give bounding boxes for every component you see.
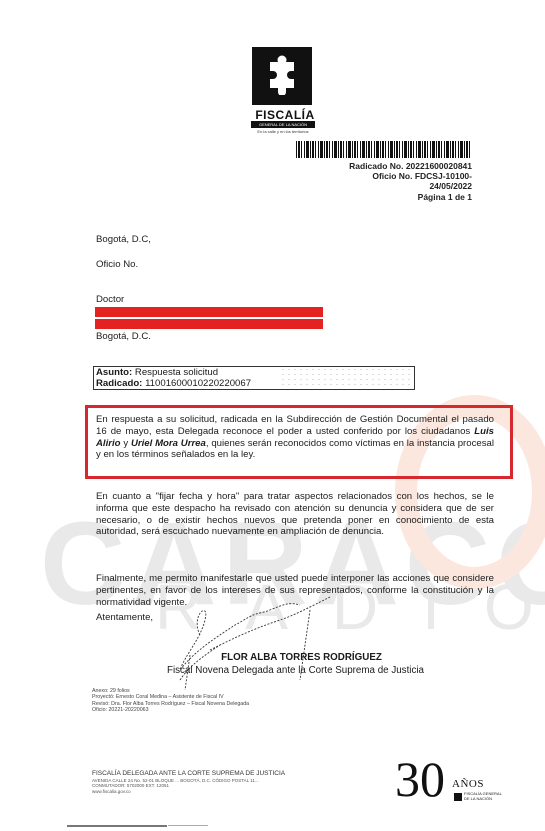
- fiscalia-logo: [252, 47, 312, 105]
- anniversary-word: AÑOS: [452, 778, 484, 790]
- institution-name: FISCALÍA: [240, 108, 330, 122]
- institution-tagline: En la calle y en los territorios: [247, 129, 319, 134]
- anniversary-logo-text: FISCALÍA GENERAL DE LA NACIÓN: [464, 792, 504, 801]
- redacted-recipient-address: [95, 319, 323, 329]
- signer-role: Fiscal Novena Delegada ante la Corte Sup…: [0, 665, 545, 676]
- radicado-label: Radicado:: [96, 378, 142, 389]
- subject-value: Respuesta solicitud: [135, 367, 218, 378]
- oficio-number: Oficio No. FDCSJ-10100-: [372, 171, 472, 181]
- annotation-oficio: Oficio: 20221-20220063: [92, 707, 249, 713]
- radicado-value: 11001600010220220067: [145, 378, 251, 389]
- subject-block: Asunto: Respuesta solicitud Radicado: 11…: [93, 366, 411, 390]
- footer-rule: [67, 825, 167, 827]
- paragraph-1-conj: y: [121, 438, 131, 449]
- footer-website: www.fiscalia.gov.co: [92, 789, 285, 795]
- city-date: Bogotá, D.C,: [96, 234, 151, 245]
- client-name-2: Uriel Mora Urrea: [131, 438, 206, 449]
- barcode: [296, 141, 472, 158]
- paragraph-1-text: En respuesta a su solicitud, radicada en…: [96, 414, 494, 437]
- annotations: Anexo: 29 folios Proyectó: Ernesto Coral…: [92, 688, 249, 714]
- oficio-label: Oficio No.: [96, 259, 138, 270]
- paragraph-2: En cuanto a "fijar fecha y hora" para tr…: [96, 491, 494, 538]
- page-count: Página 1 de 1: [418, 192, 472, 202]
- radicado-number: Radicado No. 20221600020841: [349, 161, 472, 171]
- recipient-city: Bogotá, D.C.: [96, 331, 151, 342]
- paragraph-1: En respuesta a su solicitud, radicada en…: [96, 414, 494, 461]
- redacted-recipient-name: [95, 307, 323, 317]
- puzzle-piece-icon: [266, 55, 298, 95]
- subject-bracket: [408, 366, 415, 390]
- salutation: Doctor: [96, 294, 124, 305]
- footer-block: FISCALÍA DELEGADA ANTE LA CORTE SUPREMA …: [92, 771, 285, 794]
- closing: Atentamente,: [96, 612, 153, 623]
- footer-rule-dotted: [168, 825, 208, 826]
- subject-label: Asunto:: [96, 367, 132, 378]
- footer-title: FISCALÍA DELEGADA ANTE LA CORTE SUPREMA …: [92, 771, 285, 778]
- letter-page: FISCALÍA GENERAL DE LA NACIÓN En la call…: [0, 0, 545, 831]
- anniversary-number: 30: [395, 754, 445, 804]
- institution-band: GENERAL DE LA NACIÓN: [251, 121, 315, 128]
- oficio-date: 24/05/2022: [429, 181, 472, 191]
- fiscalia-mini-logo-icon: [454, 793, 462, 801]
- signer-name: FLOR ALBA TORRES RODRÍGUEZ: [0, 652, 545, 663]
